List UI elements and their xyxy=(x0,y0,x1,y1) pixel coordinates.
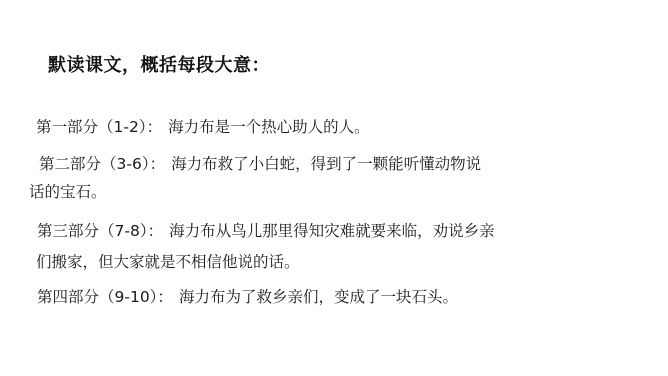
part-2-label: 第二部分（3-6）： xyxy=(39,155,165,173)
part-4-label: 第四部分（9-10）： xyxy=(37,288,173,306)
part-1-label: 第一部分（1-2）： xyxy=(36,118,162,136)
part-3-label: 第三部分（7-8）： xyxy=(37,222,163,240)
slide-title: 默读课文，概括每段大意： xyxy=(48,54,270,78)
part-2-continuation: 话的宝石。 xyxy=(29,182,107,202)
part-3: 第三部分（7-8）：海力布从鸟儿那里得知灾难就要来临，劝说乡亲 xyxy=(37,221,495,241)
part-2-summary: 海力布救了小白蛇，得到了一颗能听懂动物说 xyxy=(171,155,481,173)
part-1-summary: 海力布是一个热心助人的人。 xyxy=(168,118,370,136)
part-4-summary: 海力布为了救乡亲们，变成了一块石头。 xyxy=(179,288,458,306)
part-4: 第四部分（9-10）：海力布为了救乡亲们，变成了一块石头。 xyxy=(37,287,458,307)
part-1: 第一部分（1-2）：海力布是一个热心助人的人。 xyxy=(36,117,370,137)
part-3-continuation: 们搬家，但大家就是不相信他说的话。 xyxy=(36,252,300,272)
part-2: 第二部分（3-6）：海力布救了小白蛇，得到了一颗能听懂动物说 xyxy=(39,154,481,174)
slide: 默读课文，概括每段大意： 第一部分（1-2）：海力布是一个热心助人的人。 第二部… xyxy=(0,0,668,376)
part-3-summary: 海力布从鸟儿那里得知灾难就要来临，劝说乡亲 xyxy=(169,222,495,240)
